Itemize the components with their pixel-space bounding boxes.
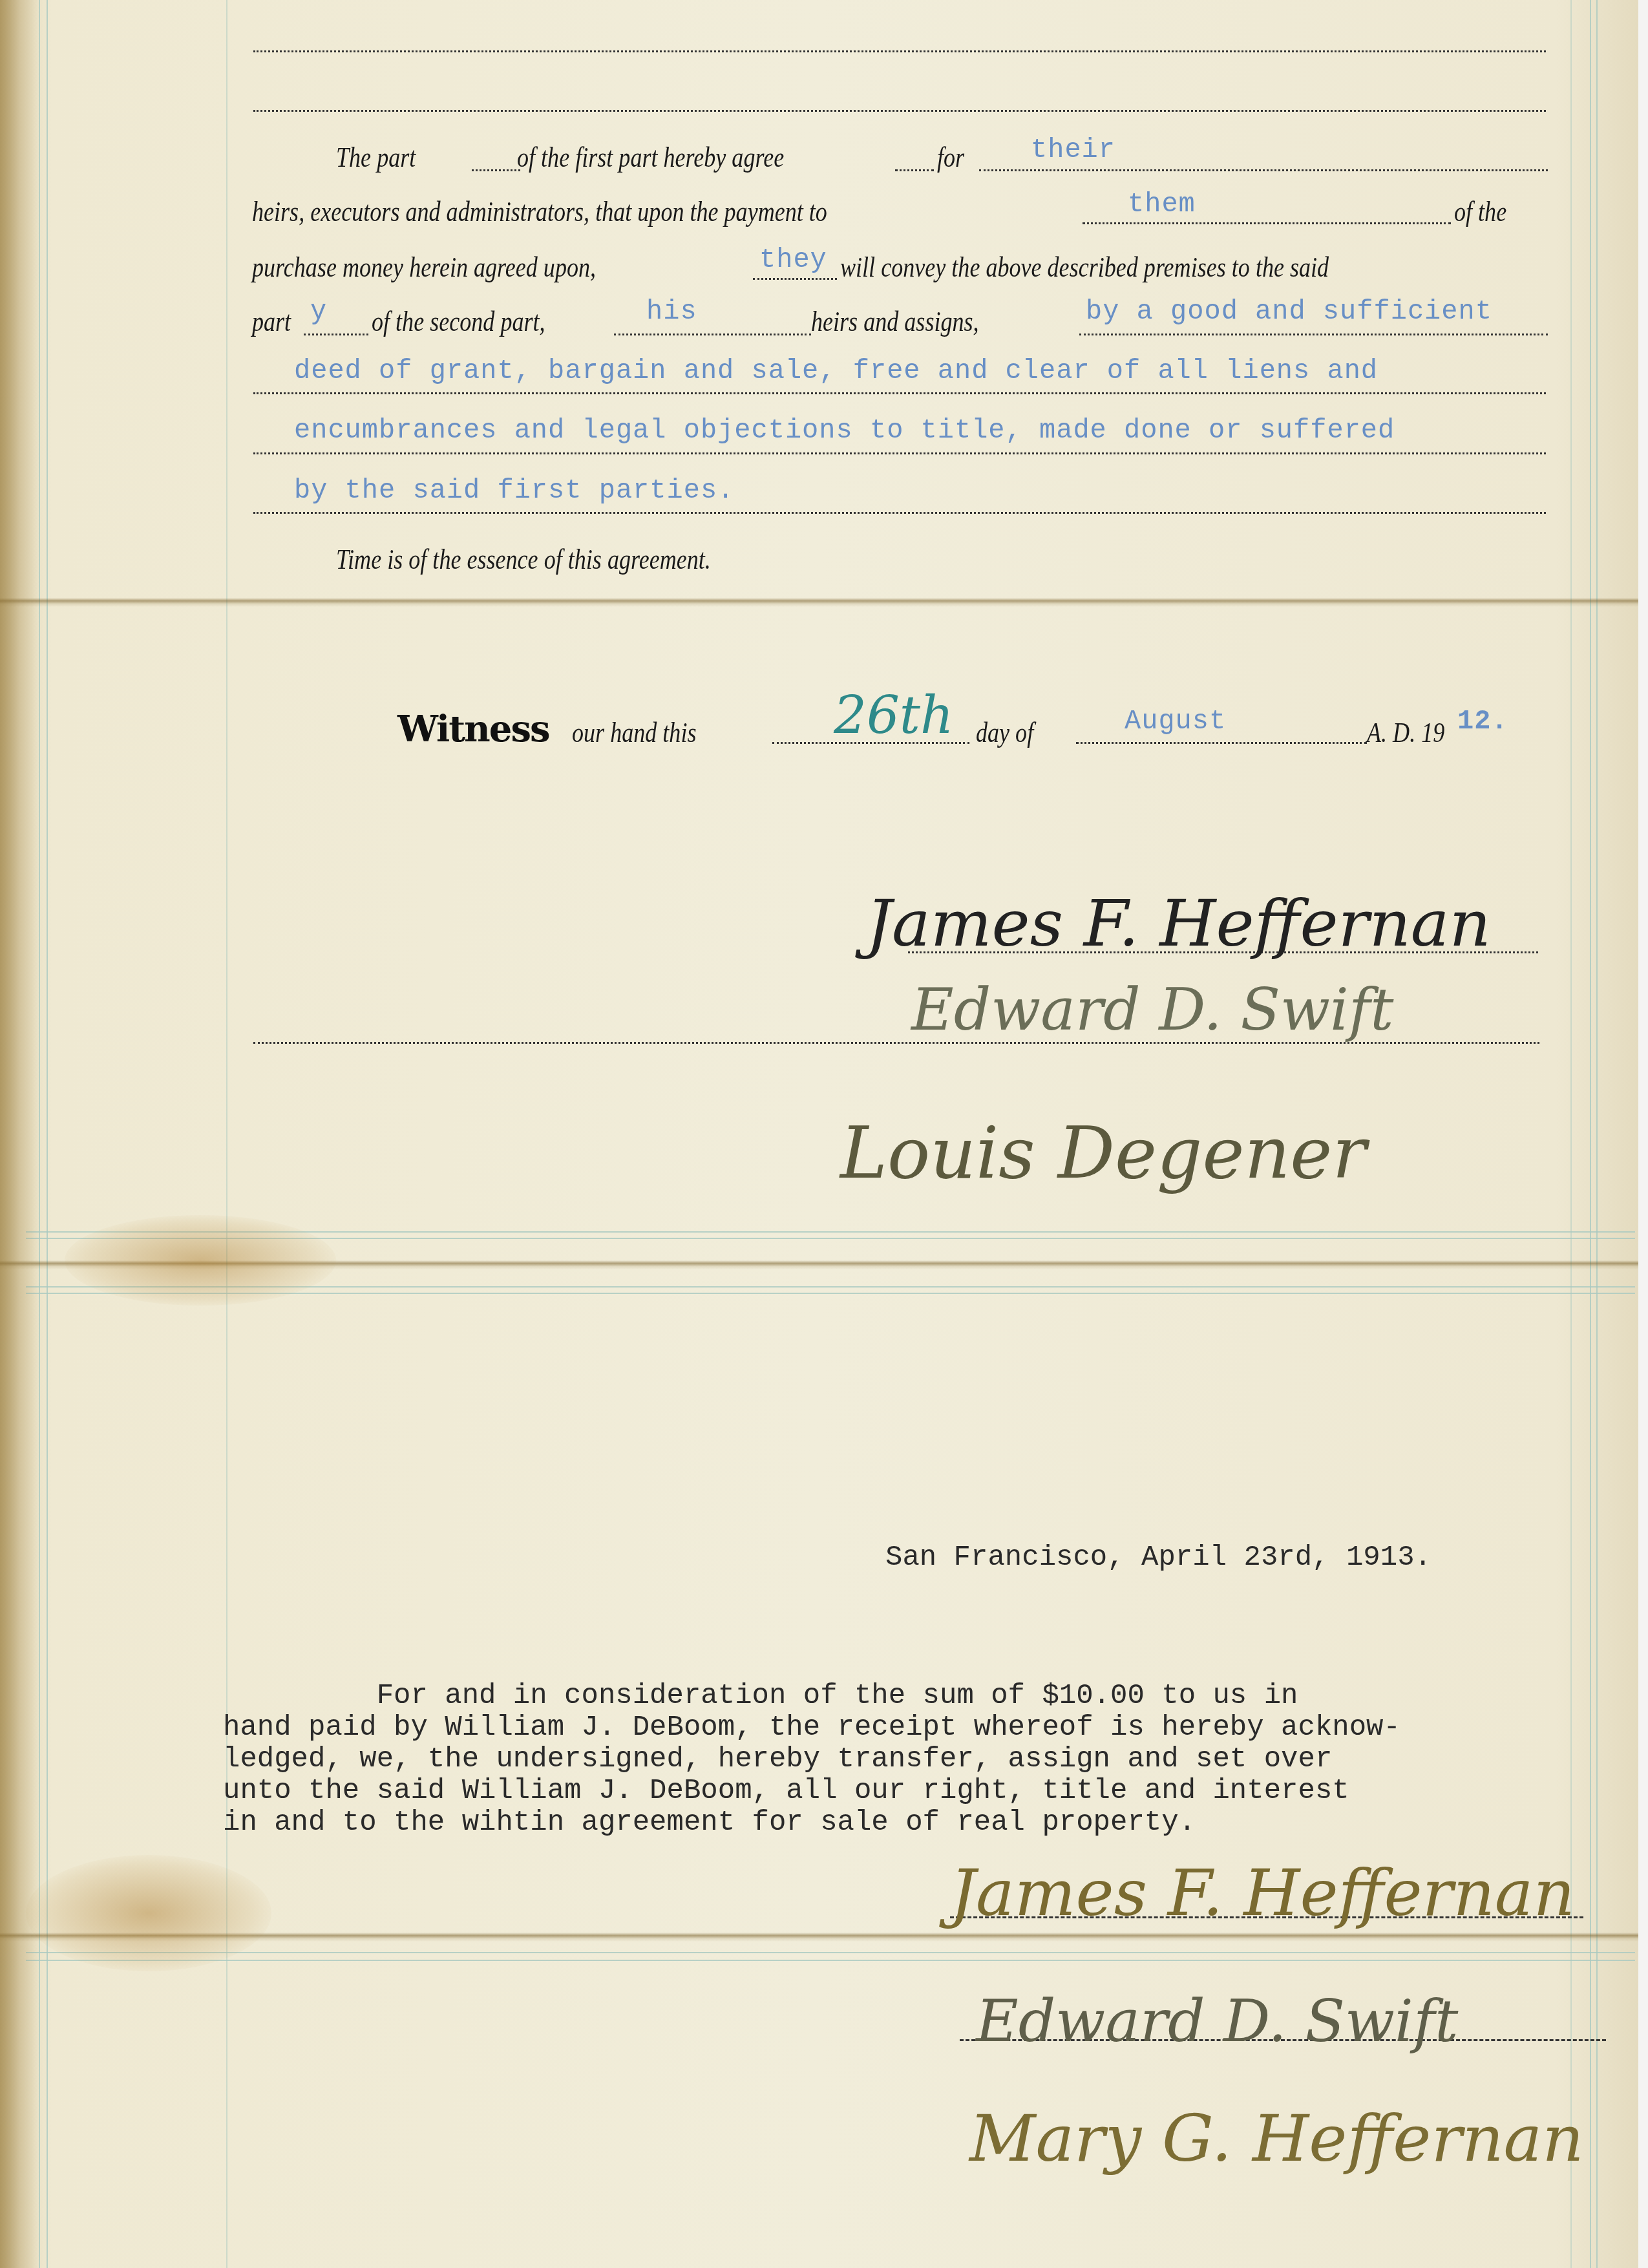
witness-text: our hand this xyxy=(572,716,696,749)
ruled-line xyxy=(26,1960,1635,1961)
witness-text: day of xyxy=(976,716,1033,749)
clause-text: heirs, executors and administrators, tha… xyxy=(252,195,827,228)
blank-line xyxy=(253,392,1546,394)
blank-line xyxy=(1079,334,1548,335)
edge-stain xyxy=(0,0,39,2268)
filled-them: them xyxy=(1128,189,1196,220)
paper-fold xyxy=(0,598,1638,607)
water-stain xyxy=(65,1215,336,1306)
clause-text: will convey the above described premises… xyxy=(840,251,1329,284)
clause-text: purchase money herein agreed upon, xyxy=(252,251,596,284)
signature-edward-swift: Edward D. Swift xyxy=(911,976,1393,1044)
filled-party-suffix: y xyxy=(310,296,327,327)
blank-line xyxy=(979,169,1548,171)
clause-text: of the second part, xyxy=(372,305,545,338)
clause-text: heirs and assigns, xyxy=(811,305,979,338)
filled-their: their xyxy=(1031,134,1115,165)
handwritten-day: 26th xyxy=(834,685,953,745)
blank-line xyxy=(253,110,1546,112)
page-edge xyxy=(1638,0,1648,2268)
typed-line: encumbrances and legal objections to tit… xyxy=(294,415,1395,446)
signature-james-heffernan: James F. Heffernan xyxy=(866,885,1491,961)
blank-line xyxy=(472,169,520,171)
assignment-body: For and in consideration of the sum of $… xyxy=(223,1680,1554,1839)
clause-text: of the xyxy=(1454,195,1506,228)
blank-line xyxy=(304,334,368,335)
time-clause: Time is of the essence of this agreement… xyxy=(336,543,711,576)
signature-edward-swift-1913: Edward D. Swift xyxy=(976,1987,1458,2055)
filled-they: they xyxy=(759,244,827,275)
typed-line: deed of grant, bargain and sale, free an… xyxy=(294,355,1378,387)
clause-text: part xyxy=(252,305,291,338)
filled-month: August xyxy=(1125,706,1226,737)
blank-line xyxy=(753,278,837,280)
blank-line xyxy=(1076,742,1367,744)
blank-line xyxy=(1083,222,1451,224)
clause-text: for xyxy=(937,141,964,174)
filled-year: 12. xyxy=(1457,706,1508,737)
signature-mary-heffernan: Mary G. Heffernan xyxy=(969,2101,1584,2176)
assignment-place-date: San Francisco, April 23rd, 1913. xyxy=(885,1542,1431,1574)
clause-text: The part xyxy=(336,141,416,174)
water-stain xyxy=(26,1855,271,1971)
filled-deed-start: by a good and sufficient xyxy=(1086,296,1492,327)
blank-line xyxy=(253,452,1546,454)
filled-his: his xyxy=(646,296,697,327)
clause-text: of the first part hereby agree xyxy=(517,141,784,174)
blank-line xyxy=(253,512,1546,514)
signature-james-heffernan-1913: James F. Heffernan xyxy=(950,1855,1575,1931)
margin-rule xyxy=(1590,0,1591,2268)
blank-line xyxy=(895,169,934,171)
blank-line xyxy=(253,50,1546,52)
signature-louis-degener: Louis Degener xyxy=(840,1112,1366,1194)
blank-line xyxy=(614,334,811,335)
ruled-line xyxy=(26,1952,1635,1953)
witness-text: A. D. 19 xyxy=(1367,716,1444,749)
margin-rule xyxy=(1596,0,1598,2268)
typed-line: by the said first parties. xyxy=(294,475,734,506)
witness-heading: Witness xyxy=(397,708,549,750)
